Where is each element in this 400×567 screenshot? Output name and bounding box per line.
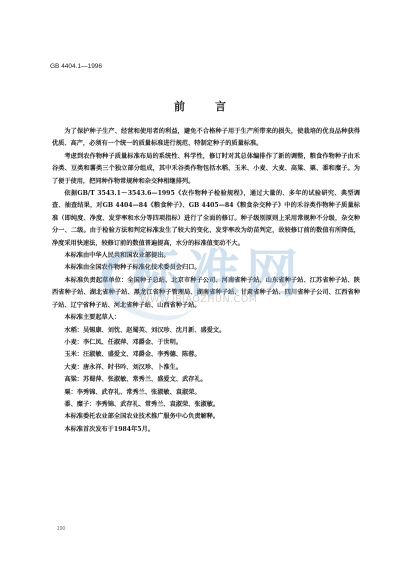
drafters-broomcorn: 黍、糜子：李秀锦、武存礼、常秀兰、袁淑荣、张淑敏。 [52,399,360,411]
drafters-rice: 水稻：吴锡康、刘忱、赵蜀英、刘汉珍、沈月新、盛爱文。 [52,325,360,337]
paragraph-proposed-by: 本标准由中华人民共和国农业部提出。 [52,250,360,262]
page-number: 190 [57,526,65,532]
paragraph-revision: 依据GB/T 3543.1～3543.6—1995《农作物种子检验规程》，通过大… [52,188,360,250]
paragraph-interpretation: 本标准委托农业部全国农业技术推广服务中心负责解释。 [52,411,360,423]
paragraph-layout: 考虑到农作物种子质量标准布局的系统性、科学性，修订时对其总体编排作了新的调整，粮… [52,151,360,188]
drafters-wheat: 小麦：李仁凤、任淑萍、邓爵金、于世明。 [52,337,360,349]
paragraph-centralized-by: 本标准由全国农作物种子标准化技术委员会归口。 [52,262,360,274]
drafters-millet: 粟：李秀锦、武存礼、常秀兰、张淑敏、袁淑荣。 [52,387,360,399]
paragraph-purpose: 为了保护种子生产、经营和使用者的利益，避免不合格种子用于生产所带来的损失，使栽培… [52,126,360,151]
document-body: 为了保护种子生产、经营和使用者的利益，避免不合格种子用于生产所带来的损失，使栽培… [52,126,360,436]
drafters-corn: 玉米：汪淑敏、盛爱文、邓爵金、李秀德、陈蓉。 [52,349,360,361]
paragraph-drafting-units: 本标准负责起草单位：全国种子总站、北京市种子公司、河南省种子站、山东省种子站、江… [52,275,360,312]
paragraph-drafters-heading: 本标准主要起草人： [52,312,360,324]
standard-id: GB 4404.1—1996 [50,63,102,70]
page-title: 前言 [0,98,400,114]
paragraph-first-release: 本标准首次发布于1984年5月。 [52,424,360,436]
drafters-sorghum: 高粱：苏蜀萍、张淑敏、常秀兰、盛爱文、武存礼。 [52,374,360,386]
drafters-barley: 大麦：唐永祥、时书吟、刘汉珍、卜淮生。 [52,362,360,374]
